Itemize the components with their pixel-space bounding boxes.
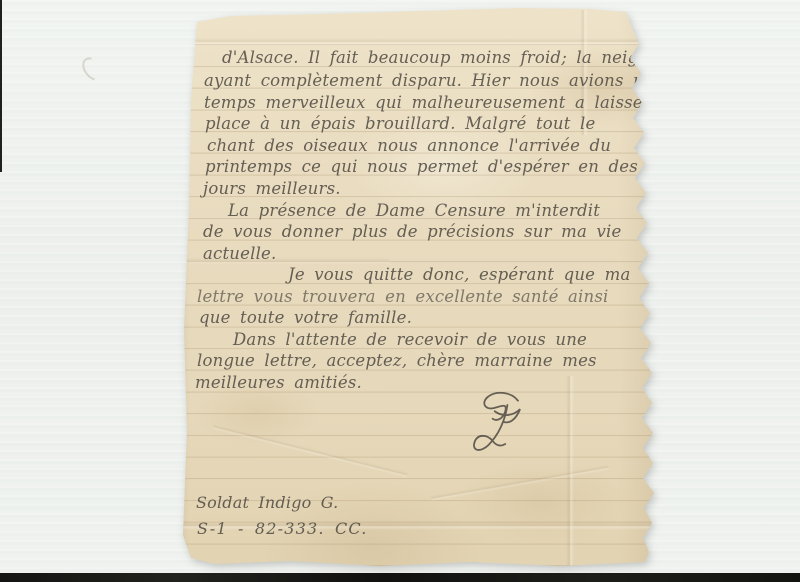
- handwriting-line: chant des oiseaux nous annonce l'arrivée…: [207, 135, 611, 157]
- crumple-crease: [212, 424, 408, 478]
- handwriting-line: Je vous quitte donc, espérant que ma: [288, 264, 630, 286]
- signature-name: Georges: [180, 8, 181, 9]
- handwriting-line: La présence de Dame Censure m'interdit: [228, 200, 600, 222]
- handwriting-line: actuelle.: [203, 243, 276, 265]
- fold-crease: [180, 38, 662, 46]
- sender-unit-line: S-1 - 82-333. CC.: [197, 518, 368, 540]
- letter-paper-shadow-wrap: d'Alsace. Il fait beaucoup moins froid; …: [0, 0, 800, 582]
- handwriting-line: d'Alsace. Il fait beaucoup moins froid; …: [222, 47, 648, 69]
- handwriting-line: place à un épais brouillard. Malgré tout…: [205, 113, 595, 135]
- handwriting-line: meilleures amitiés.: [195, 372, 362, 394]
- signature-flourish: [452, 388, 548, 462]
- handwriting-line: de vous donner plus de précisions sur ma…: [203, 221, 621, 243]
- left-edge-shading: [180, 8, 190, 570]
- fold-crease: [566, 376, 574, 566]
- handwriting-line: que toute votre famille.: [199, 307, 412, 329]
- handwriting-line: printemps ce qui nous permet d'espérer e…: [205, 156, 638, 178]
- handwriting-line: longue lettre, acceptez, chère marraine …: [197, 350, 597, 372]
- scanned-letter-page: { "letter": { "body_lines": [ "d'Alsace.…: [0, 0, 800, 582]
- handwriting-line: Dans l'attente de recevoir de vous une: [233, 329, 587, 351]
- handwriting-line: ayant complètement disparu. Hier nous av…: [204, 70, 655, 92]
- handwriting-line: temps merveilleux qui malheureusement a …: [204, 92, 668, 114]
- crumple-crease: [431, 464, 609, 501]
- handwriting-line: jours meilleurs.: [203, 178, 341, 200]
- handwriting-line: lettre vous trouvera en excellente santé…: [197, 286, 608, 308]
- scan-edge-strip: [0, 573, 800, 582]
- letter-paper: d'Alsace. Il fait beaucoup moins froid; …: [180, 8, 662, 570]
- sender-name-line: Soldat Indigo G.: [196, 492, 338, 514]
